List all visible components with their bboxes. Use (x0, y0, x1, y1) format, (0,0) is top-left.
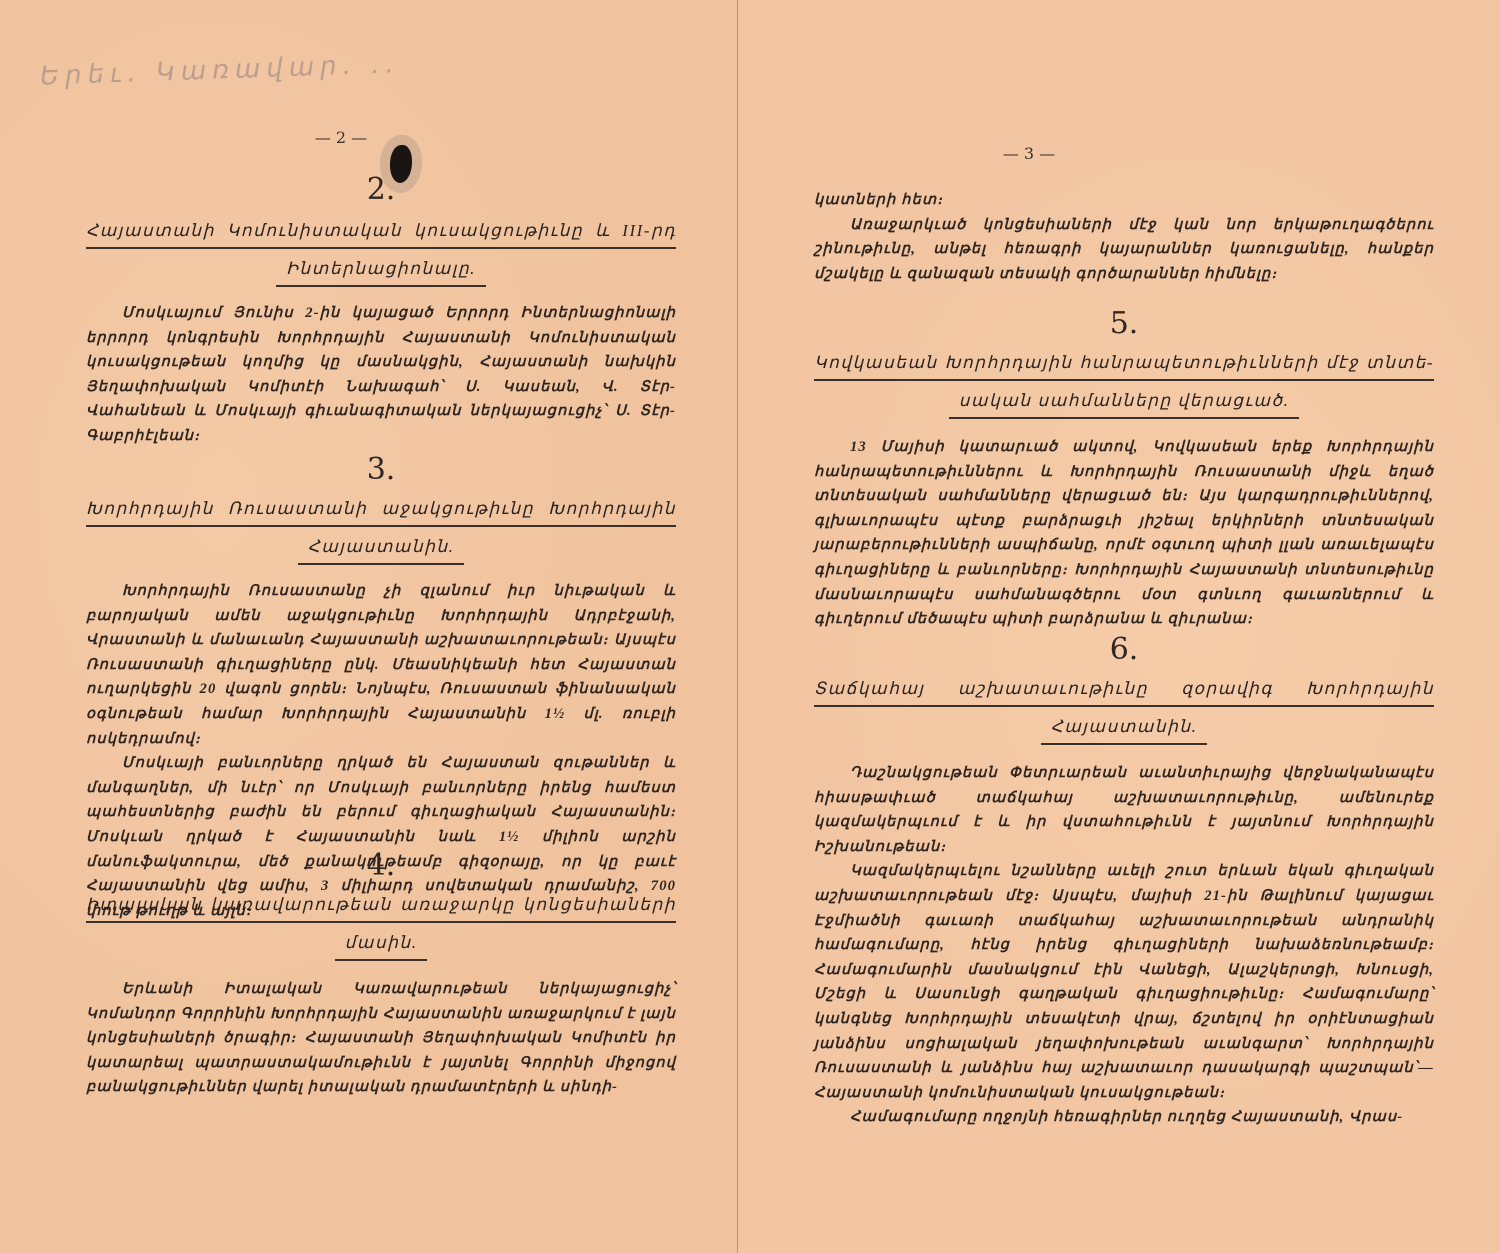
section-5: 5. Կովկասեան Խորհրդային հանրապետութիւննե… (814, 306, 1434, 632)
section-number: 2. (86, 172, 676, 207)
section-title-line1: Հայաստանի Կոմունիստական կուսակցութիւնը և… (86, 221, 676, 249)
section-number: 4. (86, 848, 676, 883)
pencil-annotation: Երեւ. Կառավար. .. (40, 48, 421, 91)
paragraph: կատների հետ։ (814, 188, 1434, 213)
section-title-line2: մասին. (335, 933, 428, 961)
paragraph: Մոսկւայում Յունիս 2-ին կայացած Երրորդ Ին… (86, 301, 676, 449)
section-number: 3. (86, 452, 676, 487)
paragraph: Խորհրդային Ռուսաստանը չի զլանում իւր նիւ… (86, 579, 676, 751)
paragraph: Դաշնակցութեան Փետրւարեան աւանտիւրայից վե… (814, 761, 1434, 859)
section-title-line1: Տաճկահայ աշխատաւութիւնը զօրավիգ Խորհրդայ… (814, 679, 1434, 707)
right-page: — 3 — կատների հետ։ Առաջարկւած կոնցեսիանե… (738, 0, 1500, 1253)
paragraph: Երևանի Իտալական Կառավարութեան ներկայացու… (86, 977, 676, 1100)
paragraph: Համագումարը ողջոյնի հեռագիրներ ուղղեց Հա… (814, 1105, 1434, 1130)
section-title-line2: Հայաստանին. (298, 537, 465, 565)
paragraph: Առաջարկւած կոնցեսիաների մէջ կան նոր երկա… (814, 213, 1434, 287)
page-number: — 3 — (648, 144, 1410, 163)
section-title: Կովկասեան Խորհրդային հանրապետութիւնների … (814, 353, 1434, 419)
continuation: կատների հետ։ Առաջարկւած կոնցեսիաների մէջ… (814, 188, 1434, 286)
section-number: 5. (814, 306, 1434, 341)
section-title: Հայաստանի Կոմունիստական կուսակցութիւնը և… (86, 221, 676, 287)
section-title-line2: Ինտերնացիոնալը. (276, 259, 486, 287)
paragraph: 13 Մայիսի կատարւած ակտով, Կովկասեան երեք… (814, 435, 1434, 632)
paragraph: Կազմակերպւելու նշանները աւելի շուտ երևան… (814, 859, 1434, 1105)
page-number: — 2 — (0, 128, 710, 147)
section-title: Տաճկահայ աշխատաւութիւնը զօրավիգ Խորհրդայ… (814, 679, 1434, 745)
section-6: 6. Տաճկահայ աշխատաւութիւնը զօրավիգ Խորհր… (814, 632, 1434, 1130)
section-2: 2. Հայաստանի Կոմունիստական կուսակցութիւն… (86, 172, 676, 449)
section-title-line2: սական սահմանները վերացւած. (949, 391, 1300, 419)
section-4: 4. Իտալական կառավարութեան առաջարկը կոնցե… (86, 848, 676, 1100)
book-spread: Երեւ. Կառավար. .. — 2 — 2. Հայաստանի Կոմ… (0, 0, 1500, 1253)
section-title-line1: Իտալական կառավարութեան առաջարկը կոնցեսիա… (86, 895, 676, 923)
left-page: Երեւ. Կառավար. .. — 2 — 2. Հայաստանի Կոմ… (0, 0, 738, 1253)
section-title-line2: Հայաստանին. (1041, 717, 1208, 745)
section-number: 6. (814, 632, 1434, 667)
section-title: Իտալական կառավարութեան առաջարկը կոնցեսիա… (86, 895, 676, 961)
section-title-line1: Խորհրդային Ռուսաստանի աջակցութիւնը Խորհր… (86, 499, 676, 527)
section-title: Խորհրդային Ռուսաստանի աջակցութիւնը Խորհր… (86, 499, 676, 565)
section-title-line1: Կովկասեան Խորհրդային հանրապետութիւնների … (814, 353, 1434, 381)
